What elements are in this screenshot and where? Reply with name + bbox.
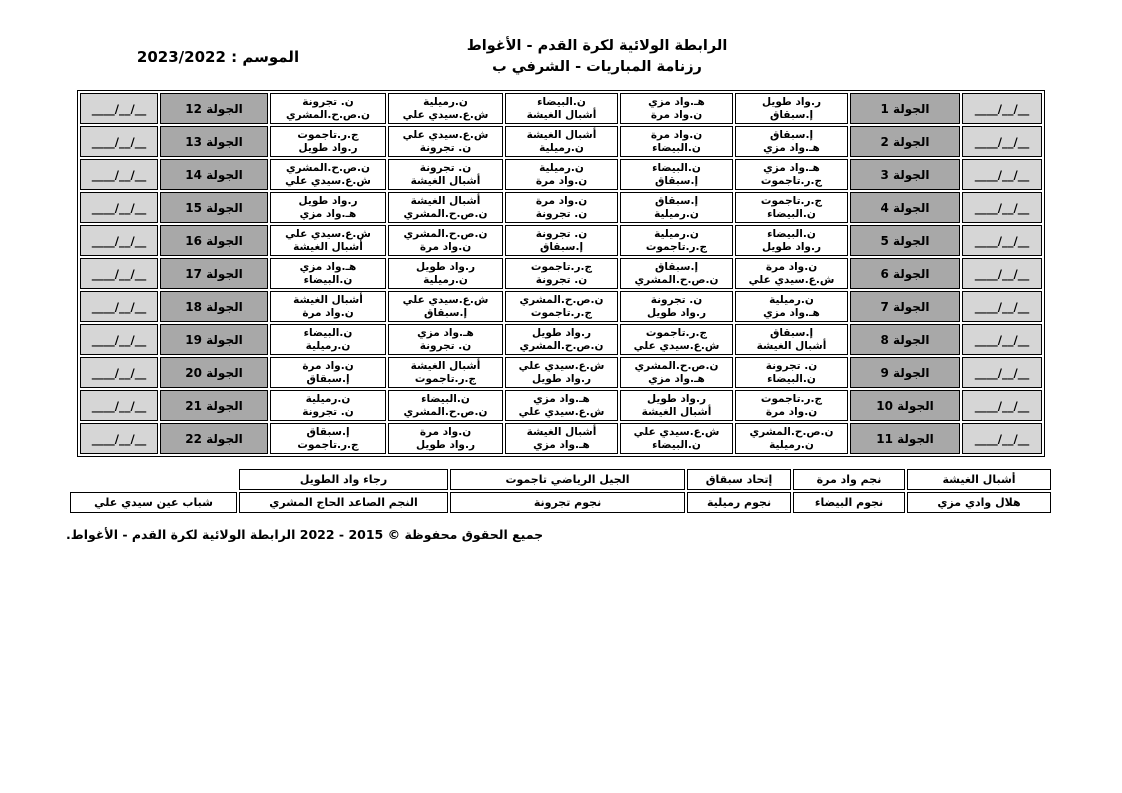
home-team: ن.ص.ح.المشري xyxy=(506,294,617,307)
legend-team-name: إتحاد سبقاق xyxy=(687,469,791,490)
home-team: ن. تجرونة xyxy=(389,162,502,175)
away-team: هـ.واد مزي xyxy=(271,208,385,221)
match-cell: ج.ر.تاجموتن.واد مرة xyxy=(735,390,848,421)
away-team: ن.رميلية xyxy=(506,142,617,155)
match-cell: أشبال الغيشةهـ.واد مزي xyxy=(505,423,618,454)
round-label-right: الجولة 5 xyxy=(850,225,960,256)
match-cell: ن. تجرونةن.ص.ح.المشري xyxy=(270,93,386,124)
date-field-right: ____/__/__ xyxy=(962,357,1042,388)
home-team: ن.واد مرة xyxy=(736,261,847,274)
match-cell: ن.واد مرةن.البيضاء xyxy=(620,126,733,157)
legend-team-name: الجيل الرياضي تاجموت xyxy=(450,469,685,490)
match-cell: أشبال الغيشةن.ص.ح.المشري xyxy=(388,192,503,223)
schedule-row: ____/__/__الجولة 9ن. تجرونةن.البيضاءن.ص.… xyxy=(80,357,1042,388)
home-team: هـ.واد مزي xyxy=(389,327,502,340)
round-label-left: الجولة 19 xyxy=(160,324,268,355)
match-cell: ن.واد مرةر.واد طويل xyxy=(388,423,503,454)
date-field-left: ____/__/__ xyxy=(80,225,158,256)
away-team: ن.ص.ح.المشري xyxy=(506,340,617,353)
away-team: ر.واد طويل xyxy=(389,439,502,452)
match-cell: ن.رميليةن. تجرونة xyxy=(270,390,386,421)
away-team: ج.ر.تاجموت xyxy=(736,175,847,188)
home-team: ج.ر.تاجموت xyxy=(736,195,847,208)
date-field-left: ____/__/__ xyxy=(80,357,158,388)
schedule-row: ____/__/__الجولة 7ن.رميليةهـ.واد مزين. ت… xyxy=(80,291,1042,322)
away-team: ش.ع.سيدي علي xyxy=(736,274,847,287)
round-label-right: الجولة 1 xyxy=(850,93,960,124)
home-team: ر.واد طويل xyxy=(506,327,617,340)
date-field-left: ____/__/__ xyxy=(80,390,158,421)
match-cell: ن.البيضاءن.رميلية xyxy=(270,324,386,355)
home-team: إ.سبقاق xyxy=(736,129,847,142)
away-team: ن.ص.ح.المشري xyxy=(271,109,385,122)
round-label-left: الجولة 15 xyxy=(160,192,268,223)
round-label-left: الجولة 12 xyxy=(160,93,268,124)
home-team: ج.ر.تاجموت xyxy=(736,393,847,406)
away-team: هـ.واد مزي xyxy=(621,373,732,386)
schedule-row: ____/__/__الجولة 10ج.ر.تاجموتن.واد مرةر.… xyxy=(80,390,1042,421)
home-team: إ.سبقاق xyxy=(736,327,847,340)
home-team: ر.واد طويل xyxy=(271,195,385,208)
match-cell: ن.ص.ح.المشرين.واد مرة xyxy=(388,225,503,256)
match-cell: ن.ص.ح.المشريش.ع.سيدي علي xyxy=(270,159,386,190)
home-team: ن.البيضاء xyxy=(271,327,385,340)
home-team: ن.واد مرة xyxy=(271,360,385,373)
match-cell: إ.سبقاقأشبال الغيشة xyxy=(735,324,848,355)
home-team: إ.سبقاق xyxy=(621,261,732,274)
match-cell: ن.رميليةش.ع.سيدي علي xyxy=(388,93,503,124)
match-cell: ن.ص.ح.المشرين.رميلية xyxy=(735,423,848,454)
home-team: ش.ع.سيدي علي xyxy=(621,426,732,439)
home-team: هـ.واد مزي xyxy=(506,393,617,406)
round-label-right: الجولة 6 xyxy=(850,258,960,289)
home-team: ن.البيضاء xyxy=(736,228,847,241)
away-team: ر.واد طويل xyxy=(271,142,385,155)
away-team: ن.رميلية xyxy=(271,340,385,353)
match-cell: ج.ر.تاجموتن. تجرونة xyxy=(505,258,618,289)
away-team: ن. تجرونة xyxy=(271,406,385,419)
match-cell: هـ.واد مزيش.ع.سيدي علي xyxy=(505,390,618,421)
away-team: إ.سبقاق xyxy=(736,109,847,122)
match-cell: ش.ع.سيدي علير.واد طويل xyxy=(505,357,618,388)
away-team: أشبال الغيشة xyxy=(736,340,847,353)
match-cell: إ.سبقاقن.رميلية xyxy=(620,192,733,223)
home-team: هـ.واد مزي xyxy=(271,261,385,274)
legend-team-name: النجم الصاعد الحاج المشري xyxy=(239,492,448,513)
match-cell: ن. تجرونةن.البيضاء xyxy=(735,357,848,388)
home-team: ر.واد طويل xyxy=(736,96,847,109)
home-team: ن.ص.ح.المشري xyxy=(271,162,385,175)
home-team: أشبال الغيشة xyxy=(506,426,617,439)
copyright-text: جميع الحقوق محفوظة © 2015 - 2022 الرابطة… xyxy=(66,527,543,542)
away-team: ن.واد مرة xyxy=(389,241,502,254)
away-team: أشبال الغيشة xyxy=(621,406,732,419)
away-team: ن.ص.ح.المشري xyxy=(621,274,732,287)
match-cell: ن. تجرونةر.واد طويل xyxy=(620,291,733,322)
round-label-right: الجولة 8 xyxy=(850,324,960,355)
date-field-right: ____/__/__ xyxy=(962,291,1042,322)
match-cell: أشبال الغيشةج.ر.تاجموت xyxy=(388,357,503,388)
away-team: ج.ر.تاجموت xyxy=(621,241,732,254)
home-team: ش.ع.سيدي علي xyxy=(389,294,502,307)
home-team: أشبال الغيشة xyxy=(389,195,502,208)
schedule-row: ____/__/__الجولة 3هـ.واد مزيج.ر.تاجموتن.… xyxy=(80,159,1042,190)
home-team: ن.رميلية xyxy=(736,294,847,307)
match-cell: ن.ص.ح.المشريج.ر.تاجموت xyxy=(505,291,618,322)
schedule-row: ____/__/__الجولة 5ن.البيضاءر.واد طويلن.ر… xyxy=(80,225,1042,256)
away-team: ن.واد مرة xyxy=(271,307,385,320)
home-team: ن.رميلية xyxy=(271,393,385,406)
away-team: ج.ر.تاجموت xyxy=(389,373,502,386)
date-field-right: ____/__/__ xyxy=(962,258,1042,289)
page-title: الرابطة الولائية لكرة القدم - الأغواط رز… xyxy=(397,36,797,78)
away-team: ن.البيضاء xyxy=(621,439,732,452)
home-team: ن. تجرونة xyxy=(271,96,385,109)
date-field-left: ____/__/__ xyxy=(80,159,158,190)
away-team: ر.واد طويل xyxy=(506,373,617,386)
legend-row-2: هلال وادي مزينجوم البيضاءنجوم رميليةنجوم… xyxy=(70,492,1051,513)
home-team: هـ.واد مزي xyxy=(621,96,732,109)
title-line-2: رزنامة المباريات - الشرفي ب xyxy=(397,57,797,78)
away-team: ن.رميلية xyxy=(736,439,847,452)
away-team: هـ.واد مزي xyxy=(736,307,847,320)
away-team: ن.واد مرة xyxy=(736,406,847,419)
away-team: ن. تجرونة xyxy=(506,208,617,221)
date-field-left: ____/__/__ xyxy=(80,192,158,223)
away-team: ج.ر.تاجموت xyxy=(506,307,617,320)
home-team: هـ.واد مزي xyxy=(736,162,847,175)
home-team: ج.ر.تاجموت xyxy=(621,327,732,340)
title-line-1: الرابطة الولائية لكرة القدم - الأغواط xyxy=(397,36,797,57)
match-cell: إ.سبقاقهـ.واد مزي xyxy=(735,126,848,157)
away-team: إ.سبقاق xyxy=(271,373,385,386)
away-team: ن.البيضاء xyxy=(736,208,847,221)
date-field-right: ____/__/__ xyxy=(962,192,1042,223)
home-team: ر.واد طويل xyxy=(389,261,502,274)
home-team: ن.البيضاء xyxy=(389,393,502,406)
schedule-table: ____/__/__الجولة 1ر.واد طويلإ.سبقاقهـ.وا… xyxy=(77,90,1045,457)
home-team: ن.البيضاء xyxy=(506,96,617,109)
away-team: ن. تجرونة xyxy=(389,142,502,155)
home-team: ش.ع.سيدي علي xyxy=(271,228,385,241)
match-cell: ر.واد طويلإ.سبقاق xyxy=(735,93,848,124)
match-cell: أشبال الغيشةن.رميلية xyxy=(505,126,618,157)
date-field-left: ____/__/__ xyxy=(80,324,158,355)
home-team: ن.رميلية xyxy=(389,96,502,109)
home-team: ش.ع.سيدي علي xyxy=(389,129,502,142)
schedule-row: ____/__/__الجولة 6ن.واد مرةش.ع.سيدي عليإ… xyxy=(80,258,1042,289)
match-cell: أشبال الغيشةن.واد مرة xyxy=(270,291,386,322)
match-cell: هـ.واد مزين.واد مرة xyxy=(620,93,733,124)
match-cell: ن.البيضاءن.ص.ح.المشري xyxy=(388,390,503,421)
away-team: هـ.واد مزي xyxy=(736,142,847,155)
legend-team-name: أشبال الغيشة xyxy=(907,469,1051,490)
away-team: ج.ر.تاجموت xyxy=(271,439,385,452)
away-team: ن.واد مرة xyxy=(621,109,732,122)
match-cell: هـ.واد مزين.البيضاء xyxy=(270,258,386,289)
home-team: ن.ص.ح.المشري xyxy=(736,426,847,439)
round-label-left: الجولة 20 xyxy=(160,357,268,388)
match-cell: ش.ع.سيدي علين. تجرونة xyxy=(388,126,503,157)
home-team: ن.ص.ح.المشري xyxy=(621,360,732,373)
match-cell: هـ.واد مزين. تجرونة xyxy=(388,324,503,355)
legend-row-1: أشبال الغيشةنجم واد مرةإتحاد سبقاقالجيل … xyxy=(70,469,1051,490)
home-team: أشبال الغيشة xyxy=(506,129,617,142)
legend-team-name: نجوم تجرونة xyxy=(450,492,685,513)
away-team: ش.ع.سيدي علي xyxy=(621,340,732,353)
home-team: أشبال الغيشة xyxy=(389,360,502,373)
schedule-row: ____/__/__الجولة 4ج.ر.تاجموتن.البيضاءإ.س… xyxy=(80,192,1042,223)
away-team: ن.واد مرة xyxy=(506,175,617,188)
away-team: ش.ع.سيدي علي xyxy=(271,175,385,188)
away-team: هـ.واد مزي xyxy=(506,439,617,452)
schedule-row: ____/__/__الجولة 11ن.ص.ح.المشرين.رميليةش… xyxy=(80,423,1042,454)
home-team: ش.ع.سيدي علي xyxy=(506,360,617,373)
away-team: إ.سبقاق xyxy=(621,175,732,188)
date-field-right: ____/__/__ xyxy=(962,159,1042,190)
date-field-right: ____/__/__ xyxy=(962,390,1042,421)
date-field-left: ____/__/__ xyxy=(80,93,158,124)
away-team: ر.واد طويل xyxy=(621,307,732,320)
round-label-right: الجولة 7 xyxy=(850,291,960,322)
away-team: ش.ع.سيدي علي xyxy=(506,406,617,419)
round-label-left: الجولة 17 xyxy=(160,258,268,289)
match-cell: ر.واد طويلن.ص.ح.المشري xyxy=(505,324,618,355)
legend-team-name: نجوم رميلية xyxy=(687,492,791,513)
page: الموسم : 2023/2022 الرابطة الولائية لكرة… xyxy=(0,0,1122,793)
away-team: ن. تجرونة xyxy=(506,274,617,287)
date-field-right: ____/__/__ xyxy=(962,126,1042,157)
away-team: ن.ص.ح.المشري xyxy=(389,208,502,221)
match-cell: ن.رميليةن.واد مرة xyxy=(505,159,618,190)
date-field-right: ____/__/__ xyxy=(962,93,1042,124)
match-cell: ن. تجرونةأشبال الغيشة xyxy=(388,159,503,190)
home-team: إ.سبقاق xyxy=(621,195,732,208)
home-team: إ.سبقاق xyxy=(271,426,385,439)
match-cell: ن.واد مرةإ.سبقاق xyxy=(270,357,386,388)
round-label-right: الجولة 11 xyxy=(850,423,960,454)
match-cell: ن.واد مرةش.ع.سيدي علي xyxy=(735,258,848,289)
match-cell: ش.ع.سيدي عليأشبال الغيشة xyxy=(270,225,386,256)
match-cell: ج.ر.تاجموتر.واد طويل xyxy=(270,126,386,157)
match-cell: إ.سبقاقج.ر.تاجموت xyxy=(270,423,386,454)
round-label-right: الجولة 10 xyxy=(850,390,960,421)
round-label-left: الجولة 14 xyxy=(160,159,268,190)
home-team: ن.ص.ح.المشري xyxy=(389,228,502,241)
away-team: ن.رميلية xyxy=(621,208,732,221)
home-team: ن.واد مرة xyxy=(506,195,617,208)
schedule-row: ____/__/__الجولة 8إ.سبقاقأشبال الغيشةج.ر… xyxy=(80,324,1042,355)
match-cell: ش.ع.سيدي علين.البيضاء xyxy=(620,423,733,454)
legend-team-name: رجاء واد الطويل xyxy=(239,469,448,490)
date-field-right: ____/__/__ xyxy=(962,423,1042,454)
away-team: أشبال الغيشة xyxy=(389,175,502,188)
match-cell: ش.ع.سيدي عليإ.سبقاق xyxy=(388,291,503,322)
match-cell: إ.سبقاقن.ص.ح.المشري xyxy=(620,258,733,289)
home-team: ن. تجرونة xyxy=(621,294,732,307)
away-team: أشبال الغيشة xyxy=(506,109,617,122)
round-label-left: الجولة 18 xyxy=(160,291,268,322)
round-label-left: الجولة 13 xyxy=(160,126,268,157)
round-label-left: الجولة 22 xyxy=(160,423,268,454)
home-team: ن.واد مرة xyxy=(389,426,502,439)
match-cell: ن.ص.ح.المشريهـ.واد مزي xyxy=(620,357,733,388)
match-cell: ر.واد طويلهـ.واد مزي xyxy=(270,192,386,223)
away-team: ن.ص.ح.المشري xyxy=(389,406,502,419)
home-team: ن.رميلية xyxy=(621,228,732,241)
match-cell: ج.ر.تاجموتن.البيضاء xyxy=(735,192,848,223)
match-cell: ر.واد طويلأشبال الغيشة xyxy=(620,390,733,421)
date-field-left: ____/__/__ xyxy=(80,258,158,289)
round-label-right: الجولة 4 xyxy=(850,192,960,223)
home-team: ن. تجرونة xyxy=(506,228,617,241)
match-cell: ن.واد مرةن. تجرونة xyxy=(505,192,618,223)
match-cell: ن.البيضاءر.واد طويل xyxy=(735,225,848,256)
away-team: إ.سبقاق xyxy=(506,241,617,254)
schedule-row: ____/__/__الجولة 2إ.سبقاقهـ.واد مزين.واد… xyxy=(80,126,1042,157)
legend-team-name: نجم واد مرة xyxy=(793,469,905,490)
away-team: إ.سبقاق xyxy=(389,307,502,320)
away-team: ن.البيضاء xyxy=(621,142,732,155)
match-cell: ن. تجرونةإ.سبقاق xyxy=(505,225,618,256)
home-team: أشبال الغيشة xyxy=(271,294,385,307)
round-label-right: الجولة 3 xyxy=(850,159,960,190)
match-cell: ن.رميليةهـ.واد مزي xyxy=(735,291,848,322)
away-team: ن.البيضاء xyxy=(271,274,385,287)
away-team: ن. تجرونة xyxy=(389,340,502,353)
match-cell: ن.البيضاءإ.سبقاق xyxy=(620,159,733,190)
match-cell: هـ.واد مزيج.ر.تاجموت xyxy=(735,159,848,190)
legend-team-name: هلال وادي مزي xyxy=(907,492,1051,513)
round-label-right: الجولة 9 xyxy=(850,357,960,388)
round-label-left: الجولة 21 xyxy=(160,390,268,421)
date-field-right: ____/__/__ xyxy=(962,324,1042,355)
away-team: أشبال الغيشة xyxy=(271,241,385,254)
home-team: ن.البيضاء xyxy=(621,162,732,175)
away-team: ش.ع.سيدي علي xyxy=(389,109,502,122)
home-team: ن. تجرونة xyxy=(736,360,847,373)
date-field-left: ____/__/__ xyxy=(80,423,158,454)
round-label-left: الجولة 16 xyxy=(160,225,268,256)
match-cell: ن.البيضاءأشبال الغيشة xyxy=(505,93,618,124)
home-team: ج.ر.تاجموت xyxy=(271,129,385,142)
match-cell: ن.رميليةج.ر.تاجموت xyxy=(620,225,733,256)
date-field-right: ____/__/__ xyxy=(962,225,1042,256)
date-field-left: ____/__/__ xyxy=(80,291,158,322)
date-field-left: ____/__/__ xyxy=(80,126,158,157)
away-team: ر.واد طويل xyxy=(736,241,847,254)
round-label-right: الجولة 2 xyxy=(850,126,960,157)
home-team: ن.واد مرة xyxy=(621,129,732,142)
match-cell: ر.واد طويلن.رميلية xyxy=(388,258,503,289)
legend-team-name: شباب عين سيدي علي xyxy=(70,492,237,513)
schedule-row: ____/__/__الجولة 1ر.واد طويلإ.سبقاقهـ.وا… xyxy=(80,93,1042,124)
legend: أشبال الغيشةنجم واد مرةإتحاد سبقاقالجيل … xyxy=(70,469,1051,515)
away-team: ن.رميلية xyxy=(389,274,502,287)
legend-team-name: نجوم البيضاء xyxy=(793,492,905,513)
schedule-body: ____/__/__الجولة 1ر.واد طويلإ.سبقاقهـ.وا… xyxy=(80,93,1042,454)
match-cell: ج.ر.تاجموتش.ع.سيدي علي xyxy=(620,324,733,355)
away-team: ن.البيضاء xyxy=(736,373,847,386)
home-team: ن.رميلية xyxy=(506,162,617,175)
home-team: ج.ر.تاجموت xyxy=(506,261,617,274)
season-label: الموسم : 2023/2022 xyxy=(118,48,318,66)
home-team: ر.واد طويل xyxy=(621,393,732,406)
